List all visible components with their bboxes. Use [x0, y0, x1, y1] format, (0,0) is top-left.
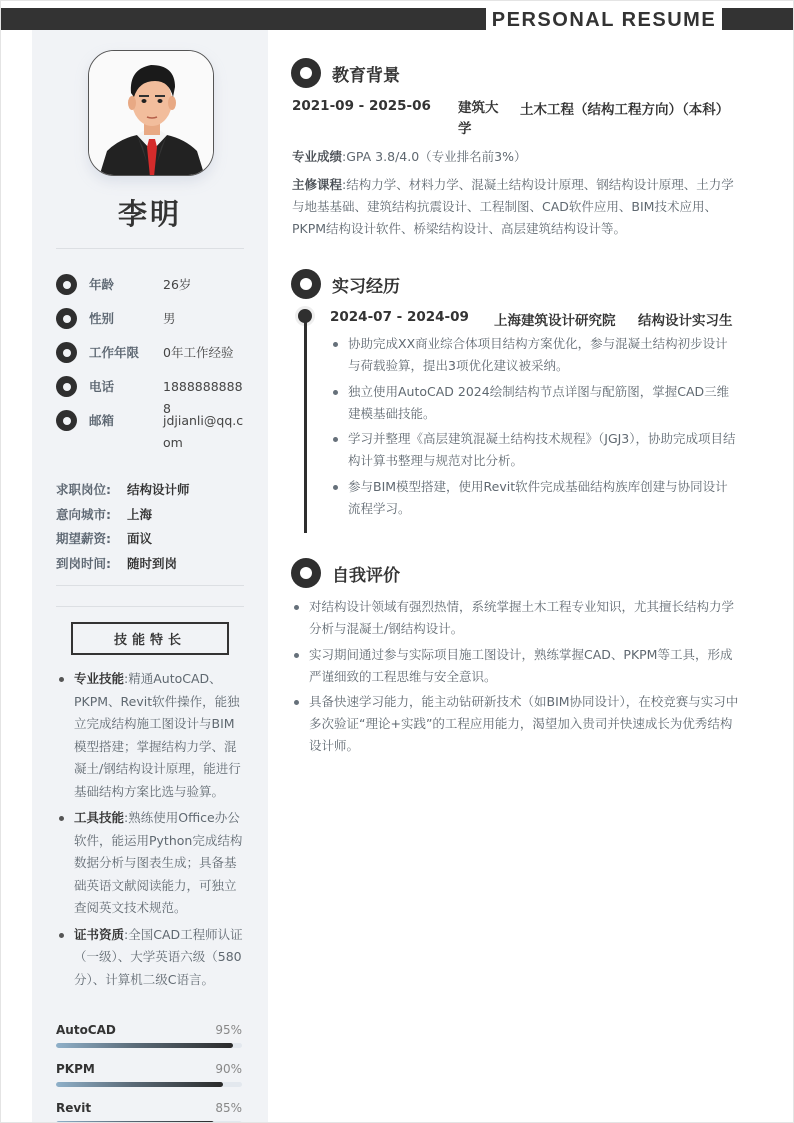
list-item: 对结构设计领域有强烈热情，系统掌握土木工程专业知识，尤其擅长结构力学分析与混凝土…: [291, 596, 741, 640]
job-salary-row: 期望薪资: 面议: [56, 529, 152, 547]
job-label: 期望薪资:: [56, 529, 127, 547]
bar-name: AutoCAD: [56, 1023, 116, 1037]
bar-percent: 85%: [215, 1101, 242, 1115]
info-label: 电话: [89, 376, 163, 397]
gpa-text: GPA 3.8/4.0（专业排名前3%）: [346, 149, 526, 164]
skill-bar-pkpm: PKPM90%: [56, 1062, 242, 1087]
info-value: 男: [163, 308, 247, 330]
job-position-row: 求职岗位: 结构设计师: [56, 480, 190, 498]
internship-date: 2024-07 - 2024-09: [330, 309, 494, 329]
internship-heading: 实习经历: [291, 269, 400, 299]
bar-name: PKPM: [56, 1062, 95, 1076]
section-ring-icon: [291, 269, 321, 299]
bar-percent: 90%: [215, 1062, 242, 1076]
job-label: 求职岗位:: [56, 480, 127, 498]
skills-title: 技能特长: [114, 629, 186, 648]
skill-item: 证书资质:全国CAD工程师认证（一级）、大学英语六级（580分）、计算机二级C语…: [56, 924, 246, 992]
internship-bullets: 协助完成XX商业综合体项目结构方案优化，参与混凝土结构初步设计与荷载验算，提出3…: [330, 333, 740, 523]
job-city-row: 意向城市: 上海: [56, 505, 152, 523]
list-item: 协助完成XX商业综合体项目结构方案优化，参与混凝土结构初步设计与荷载验算，提出3…: [330, 333, 740, 377]
bar-track: [56, 1043, 242, 1048]
bar-track: [56, 1082, 242, 1087]
info-email: 邮箱 jdjianli@qq.com: [56, 410, 247, 454]
skill-label: 证书资质: [74, 927, 124, 942]
section-ring-icon: [291, 558, 321, 588]
self-eval-bullets: 对结构设计领域有强烈热情，系统掌握土木工程专业知识，尤其擅长结构力学分析与混凝土…: [291, 596, 741, 761]
job-value: 结构设计师: [127, 480, 190, 498]
section-ring-icon: [291, 58, 321, 88]
education-date: 2021-09 - 2025-06: [292, 98, 458, 140]
section-title: 教育背景: [332, 61, 400, 86]
education-row: 2021-09 - 2025-06 建筑大学 土木工程（结构工程方向）（本科）: [292, 98, 742, 140]
self-eval-heading: 自我评价: [291, 558, 400, 588]
ring-icon: [56, 376, 77, 397]
skills-list: 专业技能:精通AutoCAD、PKPM、Revit软件操作，能独立完成结构施工图…: [56, 668, 246, 995]
divider: [56, 606, 244, 607]
job-value: 上海: [127, 505, 152, 523]
education-heading: 教育背景: [291, 58, 400, 88]
info-label: 年龄: [89, 274, 163, 295]
avatar-portrait-icon: [89, 51, 214, 176]
gpa-label: 专业成绩: [292, 149, 342, 164]
list-item: 独立使用AutoCAD 2024绘制结构节点详图与配筋图，掌握CAD三维建模基础…: [330, 381, 740, 425]
job-start-row: 到岗时间: 随时到岗: [56, 554, 177, 572]
ring-icon: [56, 274, 77, 295]
list-item: 参与BIM模型搭建，使用Revit软件完成基础结构族库创建与协同设计流程学习。: [330, 476, 740, 520]
timeline-line: [304, 320, 307, 533]
skill-text: 精通AutoCAD、PKPM、Revit软件操作，能独立完成结构施工图设计与BI…: [74, 671, 241, 799]
job-label: 意向城市:: [56, 505, 127, 523]
job-label: 到岗时间:: [56, 554, 127, 572]
list-item: 具备快速学习能力，能主动钻研新技术（如BIM协同设计），在校竞赛与实习中多次验证…: [291, 691, 741, 757]
info-label: 性别: [89, 308, 163, 329]
skill-bar-autocad: AutoCAD95%: [56, 1023, 242, 1048]
ring-icon: [56, 308, 77, 329]
info-label: 工作年限: [89, 342, 163, 363]
info-gender: 性别 男: [56, 308, 247, 330]
skill-bar-revit: Revit85%: [56, 1101, 242, 1123]
education-courses: 主修课程:结构力学、材料力学、混凝土结构设计原理、钢结构设计原理、土力学与地基基…: [292, 174, 738, 240]
internship-company: 上海建筑设计研究院: [494, 309, 638, 329]
skill-label: 专业技能: [74, 671, 124, 686]
info-value: 26岁: [163, 274, 247, 296]
skill-label: 工具技能: [74, 810, 124, 825]
info-experience: 工作年限 0年工作经验: [56, 342, 247, 364]
divider: [56, 248, 244, 249]
bar-fill: [56, 1043, 233, 1048]
job-value: 面议: [127, 529, 152, 547]
resume-page: PERSONAL RESUME: [0, 0, 794, 1123]
skill-item: 工具技能:熟练使用Office办公软件，能运用Python完成结构数据分析与图表…: [56, 807, 246, 920]
internship-header: 2024-07 - 2024-09 上海建筑设计研究院 结构设计实习生: [330, 309, 750, 329]
info-age: 年龄 26岁: [56, 274, 247, 296]
education-gpa: 专业成绩:GPA 3.8/4.0（专业排名前3%）: [292, 146, 738, 168]
avatar: [88, 50, 214, 176]
skills-title-box: 技能特长: [71, 622, 229, 655]
job-value: 随时到岗: [127, 554, 177, 572]
education-major: 土木工程（结构工程方向）（本科）: [520, 98, 729, 140]
email-value[interactable]: jdjianli@qq.com: [163, 410, 247, 454]
courses-text: 结构力学、材料力学、混凝土结构设计原理、钢结构设计原理、土力学与地基基础、建筑结…: [292, 177, 734, 236]
ring-icon: [56, 342, 77, 363]
courses-label: 主修课程: [292, 177, 342, 192]
education-school: 建筑大学: [458, 98, 502, 140]
section-title: 实习经历: [332, 272, 400, 297]
info-value: 0年工作经验: [163, 342, 247, 364]
skill-text: 熟练使用Office办公软件，能运用Python完成结构数据分析与图表生成；具备…: [74, 810, 242, 915]
bar-percent: 95%: [215, 1023, 242, 1037]
info-label: 邮箱: [89, 410, 163, 431]
sidebar: 李明 年龄 26岁 性别 男 工作年限 0年工作经验 电话 1888888888…: [32, 30, 268, 1123]
list-item: 实习期间通过参与实际项目施工图设计，熟练掌握CAD、PKPM等工具，形成严谨细致…: [291, 644, 741, 688]
divider: [56, 585, 244, 586]
header-title-box: PERSONAL RESUME: [486, 6, 722, 34]
section-title: 自我评价: [332, 561, 400, 586]
ring-icon: [56, 410, 77, 431]
candidate-name: 李明: [32, 192, 268, 233]
header-title: PERSONAL RESUME: [492, 9, 716, 32]
internship-role: 结构设计实习生: [638, 309, 733, 329]
list-item: 学习并整理《高层建筑混凝土结构技术规程》（JGJ3），协助完成项目结构计算书整理…: [330, 428, 740, 472]
bar-name: Revit: [56, 1101, 91, 1115]
bar-fill: [56, 1082, 223, 1087]
skill-item: 专业技能:精通AutoCAD、PKPM、Revit软件操作，能独立完成结构施工图…: [56, 668, 246, 803]
